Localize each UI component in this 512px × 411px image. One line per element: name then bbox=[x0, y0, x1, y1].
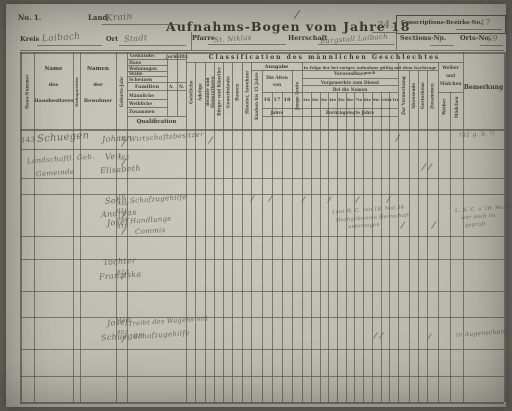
ort-label: Ort bbox=[106, 35, 118, 43]
ink-text: Tochter bbox=[103, 256, 137, 267]
grid-line bbox=[20, 236, 504, 237]
tall-col-gestorbene: Gestorbene bbox=[419, 72, 426, 120]
grid-line bbox=[398, 62, 399, 402]
ink-text: Aug bbox=[117, 201, 129, 208]
grid-line bbox=[20, 129, 504, 131]
ordinal-label: 6te bbox=[346, 97, 355, 102]
ink-text: geprüft bbox=[465, 221, 486, 228]
scanned-document-photo: No. 1. Land Aufnahms-Bogen vom Jahre 18 … bbox=[0, 0, 512, 411]
grid-line bbox=[302, 62, 303, 402]
grid-line bbox=[372, 92, 373, 402]
ordinal-label: 1te bbox=[302, 97, 311, 102]
ink-text: 69 bbox=[487, 34, 498, 44]
familien-colB: N. bbox=[179, 84, 184, 89]
age-label: 18 bbox=[282, 97, 292, 103]
ink-mark: / bbox=[427, 163, 432, 173]
bewohner-col-line1: Namen bbox=[80, 66, 116, 72]
weiber-subcol: Weiber bbox=[439, 94, 449, 120]
form-paper: No. 1. Land Aufnahms-Bogen vom Jahre 18 … bbox=[6, 4, 506, 407]
ink-text: Aug bbox=[117, 216, 129, 223]
familien-row: Weibliche bbox=[129, 101, 152, 106]
form-number: No. 1. bbox=[18, 13, 41, 22]
grid-line bbox=[205, 62, 206, 402]
grid-line bbox=[37, 45, 102, 46]
grid-line bbox=[272, 92, 273, 402]
tall-col-abwesende: Abwesende bbox=[410, 72, 417, 120]
ordinal-label: 11te bbox=[389, 97, 398, 102]
ink-text: unterzogen bbox=[348, 222, 380, 230]
ink-mark: / bbox=[431, 221, 436, 231]
grid-line bbox=[191, 32, 192, 50]
age-label: 17 bbox=[272, 97, 282, 103]
grid-line bbox=[363, 92, 364, 402]
ausgabe-sub2: von bbox=[262, 82, 292, 87]
ink-text: Handlungs bbox=[130, 215, 172, 226]
right-section-line2: Verwendbare bbox=[302, 72, 398, 77]
ordinal-label: 5te bbox=[337, 97, 346, 102]
grid-line bbox=[127, 65, 167, 66]
grid-line bbox=[20, 259, 504, 260]
grid-line bbox=[504, 52, 506, 402]
grid-line bbox=[262, 92, 398, 93]
grid-line bbox=[20, 349, 504, 350]
ink-text: 143 bbox=[21, 136, 36, 145]
grid-line bbox=[396, 32, 397, 50]
grid-line bbox=[302, 78, 398, 79]
grid-line bbox=[214, 62, 215, 402]
classification-title: Classification des männlichen Geschlecht… bbox=[186, 54, 463, 61]
ink-mark: / bbox=[379, 330, 383, 340]
ink-text: St. Niklas bbox=[214, 34, 252, 45]
ink-mark: / bbox=[400, 221, 405, 231]
grid-line bbox=[127, 76, 167, 77]
grid-line bbox=[223, 62, 224, 402]
grid-line bbox=[438, 62, 439, 402]
weiber-title3: Mädchen bbox=[438, 81, 463, 86]
class-col-gewerbe: Gewerbsleute bbox=[224, 65, 232, 119]
bemerkung-label: Bemerkung bbox=[463, 84, 504, 91]
ink-mark: / bbox=[121, 139, 126, 149]
column-haus-nummer: Haus-Nummer bbox=[21, 62, 33, 122]
class-col-beamte: Beamte und Honoratioren bbox=[206, 65, 214, 119]
grid-line bbox=[20, 50, 504, 51]
ink-mark: / bbox=[355, 194, 359, 204]
page-title: Aufnahms-Bogen vom Jahre 18 bbox=[166, 19, 390, 34]
ink-text: 781 g. b. ½ bbox=[458, 130, 496, 140]
ink-mark: / bbox=[250, 193, 254, 203]
grid-line bbox=[20, 178, 504, 179]
ink-text: war noch im bbox=[461, 213, 496, 221]
grid-line bbox=[20, 149, 504, 150]
grid-line bbox=[127, 116, 186, 117]
bewohner-col-line2: der bbox=[80, 82, 116, 88]
ink-mark: / bbox=[373, 330, 377, 340]
class-col-adelige: Adelige bbox=[196, 65, 204, 119]
ink-text: Wirtschaftsbesitzer bbox=[129, 130, 204, 143]
tall-col-zusammen: Zusammen bbox=[428, 72, 436, 120]
grid-line bbox=[346, 92, 347, 402]
column-geburtsjahr: Geburts-Jahr bbox=[116, 60, 127, 124]
ordinal-label: 3te bbox=[320, 97, 329, 102]
ordinal-label: 10te bbox=[381, 97, 390, 102]
grid-line bbox=[127, 90, 186, 91]
grid-line bbox=[456, 29, 502, 30]
ink-text: Landschaftl. Geb. bbox=[27, 153, 95, 166]
grid-line bbox=[320, 92, 321, 402]
ink-mark: / bbox=[386, 194, 390, 204]
grid-line bbox=[127, 99, 167, 100]
grid-line bbox=[232, 62, 233, 402]
grid-line bbox=[251, 62, 252, 402]
class-col-bauern: Bauern bbox=[233, 65, 241, 119]
grid-line bbox=[20, 291, 504, 292]
grid-line bbox=[20, 194, 504, 195]
weiber-title1: Weiber bbox=[438, 65, 463, 70]
ink-mark: / bbox=[327, 194, 331, 204]
grid-line bbox=[119, 45, 186, 46]
kreis-label: Kreis bbox=[20, 35, 39, 43]
class-col-buerger: Bürger und Künstler bbox=[215, 65, 223, 119]
weiber-title2: und bbox=[438, 73, 463, 78]
ordinal-label: 2te bbox=[311, 97, 320, 102]
gebaeude-row: Scheunen bbox=[129, 77, 152, 82]
owner-col-line1: Name bbox=[34, 66, 73, 72]
grid-line bbox=[20, 376, 504, 377]
grid-line bbox=[480, 45, 503, 46]
owner-col-line2: des bbox=[34, 82, 73, 88]
ink-text: Commis bbox=[135, 226, 166, 236]
ink-mark: / bbox=[121, 272, 126, 282]
grid-line bbox=[242, 62, 243, 402]
grid-line bbox=[20, 402, 504, 404]
ink-mark: / bbox=[121, 227, 126, 237]
grid-line bbox=[186, 62, 463, 63]
grid-line bbox=[328, 92, 329, 402]
class-col-geistliche: Geistliche bbox=[187, 65, 195, 119]
grid-line bbox=[311, 92, 312, 402]
land-label: Land bbox=[88, 13, 107, 22]
ink-mark: / bbox=[395, 134, 400, 144]
conscription-label: Conscriptions-Bezirks-No. bbox=[401, 20, 482, 26]
familien-row: Zusammen bbox=[129, 109, 155, 114]
class-col-haeusler: Häusler, Inwohner bbox=[243, 65, 251, 119]
ink-mark: / bbox=[421, 163, 426, 173]
age-label: 16 bbox=[262, 97, 272, 103]
grid-line bbox=[354, 92, 355, 402]
grid-line bbox=[20, 317, 504, 318]
ordinal-label: 4te bbox=[328, 97, 337, 102]
grid-line bbox=[282, 92, 283, 402]
grid-line bbox=[167, 59, 168, 116]
grid-line bbox=[251, 70, 438, 71]
grid-line bbox=[20, 52, 504, 54]
ausgabe-title: Ausgabe bbox=[251, 64, 302, 70]
grid-line bbox=[389, 92, 390, 402]
ink-text: 17 bbox=[480, 18, 491, 28]
ausgabe-left-col: Knaben bis 15 Jahre bbox=[252, 72, 261, 120]
familien-row: Männliche bbox=[129, 93, 154, 98]
right-section-line3: Vorgemerkte zum Dienst bbox=[302, 80, 398, 85]
side-col: Zur Vormerkung bbox=[399, 72, 408, 120]
ink-mark: / bbox=[301, 194, 305, 204]
ordinal-label: 8te bbox=[363, 97, 372, 102]
pfarre-label: Pfarre bbox=[192, 34, 215, 42]
familien-colA: A. bbox=[169, 84, 174, 89]
ink-text: Laibach bbox=[42, 32, 81, 45]
grid-line bbox=[127, 71, 167, 72]
column-wohnparteien: Wohnparteien bbox=[73, 60, 80, 124]
ink-mark: / bbox=[121, 335, 126, 345]
ordinals-caption: Zurückgelegte Jahre bbox=[302, 110, 398, 115]
grid-line bbox=[430, 45, 454, 46]
grid-line bbox=[195, 62, 196, 402]
ink-text: Stadt bbox=[124, 33, 148, 44]
gebaeude-row: Haus bbox=[129, 60, 141, 65]
grid-line bbox=[381, 92, 382, 402]
ink-text: Krain bbox=[106, 12, 133, 24]
ausgabe-right-col: Junge Leute bbox=[293, 72, 301, 120]
ink-text: Schuegen bbox=[37, 130, 90, 145]
bewohner-col-line3: Bewohner bbox=[80, 98, 116, 104]
ausgabe-unit: Jahre bbox=[262, 110, 292, 115]
grid-line bbox=[337, 92, 338, 402]
owner-col-line3: Hausbesitzers bbox=[34, 98, 73, 104]
grid-line bbox=[208, 44, 286, 45]
grid-line bbox=[302, 85, 398, 86]
ink-text: 1 bbox=[438, 35, 444, 44]
ink-mark: / bbox=[427, 331, 431, 341]
ordinal-label: 7te bbox=[354, 97, 363, 102]
ink-text: Elisabeth bbox=[100, 164, 141, 176]
grid-line bbox=[177, 53, 178, 116]
grid-line bbox=[102, 24, 178, 25]
ordinal-label: 9te bbox=[372, 97, 381, 102]
grid-line bbox=[127, 107, 167, 108]
qualification-label: Qualification bbox=[127, 119, 186, 125]
maedchen-subcol: Mädchen bbox=[451, 94, 462, 120]
grid-line bbox=[450, 92, 451, 402]
grid-line bbox=[127, 82, 186, 83]
grid-line bbox=[262, 108, 398, 109]
ink-mark: / bbox=[208, 136, 213, 146]
grid-line bbox=[262, 116, 398, 117]
right-section-line4: Bei die Namen bbox=[302, 87, 398, 92]
ink-text: Gemeinde bbox=[36, 168, 75, 179]
ink-text: 16 bbox=[118, 194, 126, 201]
ink-text: 34. bbox=[377, 19, 395, 31]
grid-line bbox=[438, 92, 463, 93]
grid-line bbox=[127, 59, 186, 60]
ausgabe-sub1: Die Alten bbox=[262, 75, 292, 80]
